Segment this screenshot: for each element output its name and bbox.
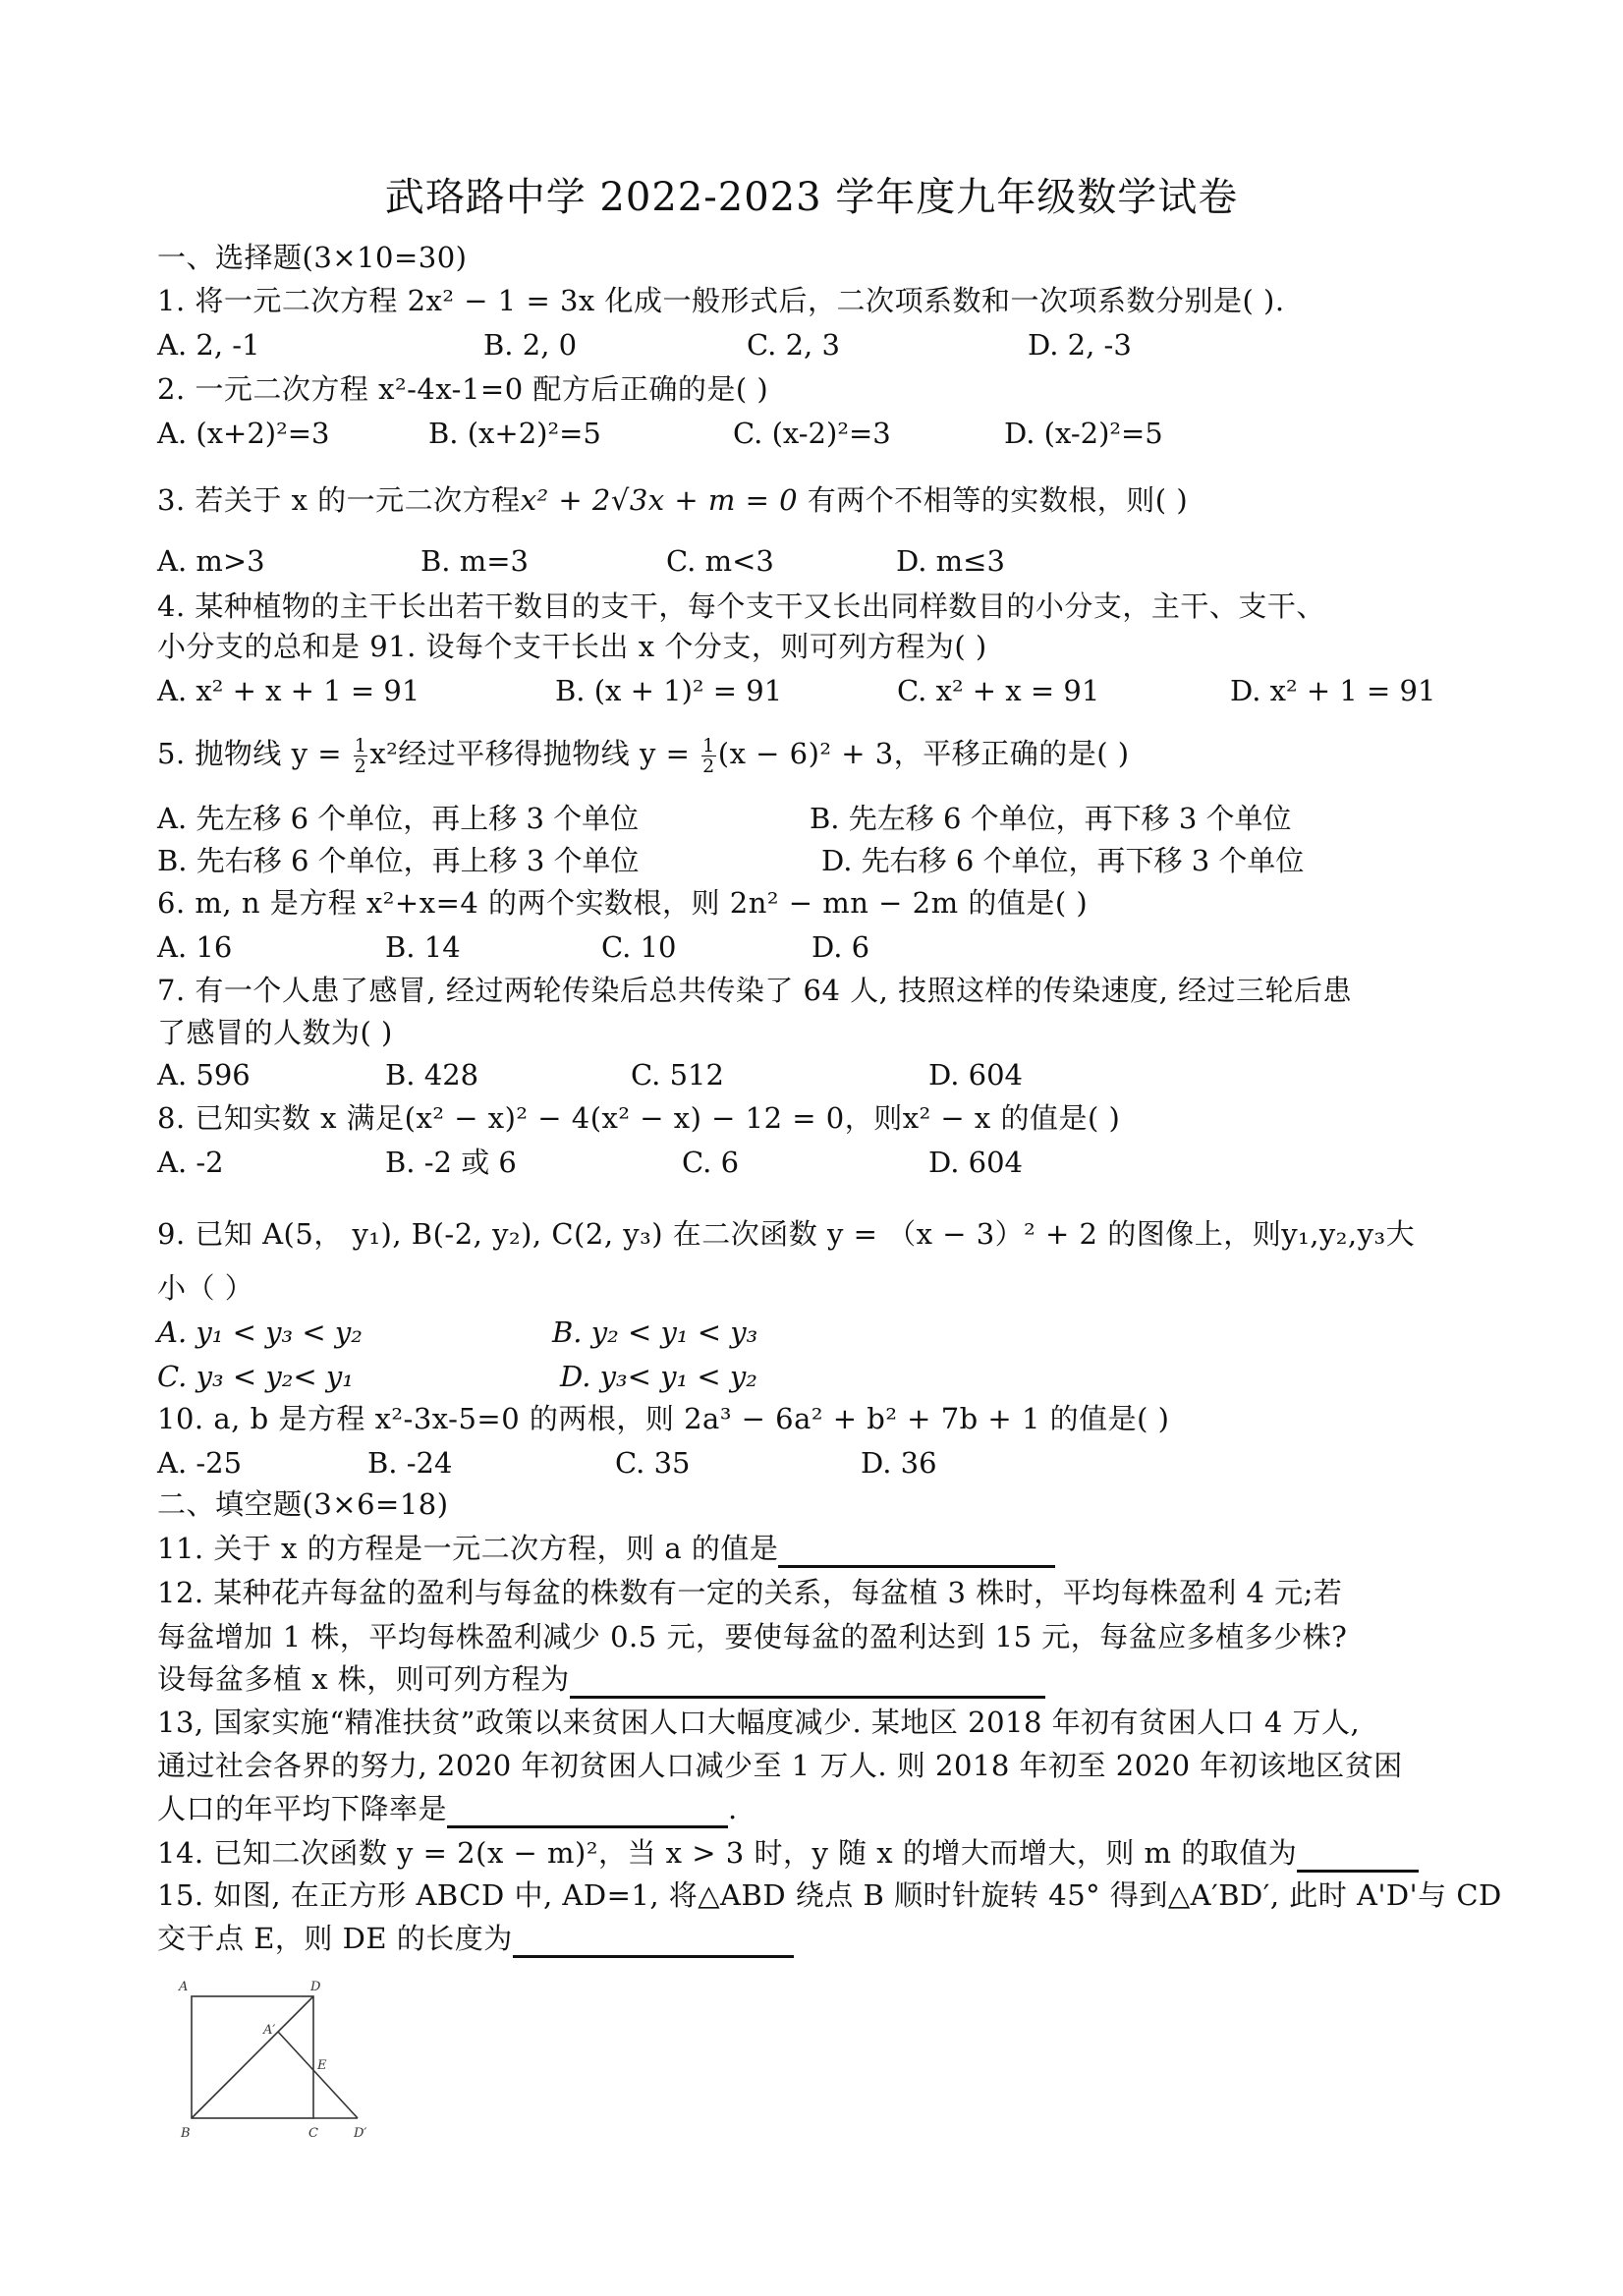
q3-option-d: D. m≤3 [896,541,1005,581]
q9-option-c: C. y₃ < y₂< y₁ [157,1357,354,1396]
question-7-line-1: 7. 有一个人患了感冒, 经过两轮传染后总共传染了 64 人, 技照这样的传染速… [157,971,1352,1010]
q8-option-b: B. -2 或 6 [385,1143,517,1182]
q1-option-a: A. 2, -1 [157,325,260,364]
q15-text: 交于点 E，则 DE 的长度为 [157,1922,513,1955]
q13-answer-blank[interactable] [447,1794,728,1828]
q1-option-c: C. 2, 3 [747,325,840,364]
question-15-line-1: 15. 如图, 在正方形 ABCD 中, AD=1, 将△ABD 绕点 B 顺时… [157,1876,1502,1915]
question-12-line-1: 12. 某种花卉每盆的盈利与每盆的株数有一定的关系，每盆植 3 株时，平均每株盈… [157,1573,1342,1612]
question-10: 10. a, b 是方程 x²-3x-5=0 的两根，则 2a³ − 6a² +… [157,1399,1169,1438]
question-9-line-2: 小（ ） [157,1268,253,1308]
q14-text: 14. 已知二次函数 y = 2(x − m)²，当 x > 3 时，y 随 x… [157,1836,1297,1870]
question-12-line-3: 设每盆多植 x 株，则可列方程为 [157,1659,1045,1699]
question-6: 6. m, n 是方程 x²+x=4 的两个实数根，则 2n² − mn − 2… [157,883,1088,923]
question-15-line-2: 交于点 E，则 DE 的长度为 [157,1919,794,1958]
exam-title: 武珞路中学 2022-2023 学年度九年级数学试卷 [0,173,1623,222]
q1-prefix: 1. 将一元二次方程 [157,284,408,317]
q9-option-a: A. y₁ < y₃ < y₂ [157,1313,363,1352]
q5-option-a: A. 先左移 6 个单位，再上移 3 个单位 [157,799,639,838]
q10-option-d: D. 36 [861,1443,937,1483]
q10-option-a: A. -25 [157,1443,242,1483]
question-14: 14. 已知二次函数 y = 2(x − m)²，当 x > 3 时，y 随 x… [157,1833,1419,1873]
q2-option-b: B. (x+2)²=5 [428,414,601,453]
q5-mid-2: (x − 6)² + 3，平移正确的是( ) [718,737,1130,770]
q3-option-b: B. m=3 [420,541,529,581]
q5-prefix: 5. 抛物线 y = [157,737,352,770]
square-rotation-figure: A D A′ E B C D′ [177,1975,393,2147]
question-8: 8. 已知实数 x 满足(x² − x)² − 4(x² − x) − 12 =… [157,1098,1120,1138]
q3-suffix: 有两个不相等的实数根，则( ) [798,483,1188,517]
section-fill-heading: 二、填空题(3×6=18) [157,1484,449,1524]
q2-option-a: A. (x+2)²=3 [157,414,330,453]
q3-equation: x² + 2√3x + m = 0 [521,483,798,517]
q4-option-d: D. x² + 1 = 91 [1230,671,1435,710]
q13-period: . [728,1792,738,1825]
q5-fraction-1: 12 [354,736,368,776]
q1-equation: 2x² − 1 = 3x [408,284,595,317]
q1-option-b: B. 2, 0 [483,325,577,364]
q2-option-d: D. (x-2)²=5 [1004,414,1163,453]
q4-option-a: A. x² + x + 1 = 91 [157,671,420,710]
q14-answer-blank[interactable] [1297,1838,1419,1873]
question-13-line-1: 13, 国家实施“精准扶贫”政策以来贫困人口大幅度减少. 某地区 2018 年初… [157,1703,1360,1742]
q9-option-b: B. y₂ < y₁ < y₃ [552,1313,757,1352]
q12-text: 设每盆多植 x 株，则可列方程为 [157,1662,570,1696]
q9-option-d: D. y₃< y₁ < y₂ [560,1357,757,1396]
label-a-prime: A′ [262,2023,275,2038]
question-5: 5. 抛物线 y = 12x²经过平移得抛物线 y = 12(x − 6)² +… [157,731,1130,776]
q1-suffix: 化成一般形式后，二次项系数和一次项系数分别是( ). [595,284,1285,317]
q6-option-a: A. 16 [157,927,232,967]
q11-text: 11. 关于 x 的方程是一元二次方程，则 a 的值是 [157,1532,778,1565]
question-4-line-2: 小分支的总和是 91. 设每个支干长出 x 个分支，则可列方程为( ) [157,627,987,666]
label-c: C [308,2126,318,2141]
q5-option-c: B. 先右移 6 个单位，再上移 3 个单位 [157,841,640,880]
q5-fraction-2: 12 [701,736,716,776]
q6-option-b: B. 14 [385,927,461,967]
q2-option-c: C. (x-2)²=3 [733,414,891,453]
q3-option-c: C. m<3 [666,541,774,581]
label-a: A [178,1980,188,1994]
q11-answer-blank[interactable] [778,1534,1055,1568]
question-11: 11. 关于 x 的方程是一元二次方程，则 a 的值是 [157,1529,1055,1568]
question-13-line-3: 人口的年平均下降率是. [157,1789,738,1828]
diagonal-bd [192,1996,313,2118]
q10-option-c: C. 35 [615,1443,691,1483]
q13-text: 人口的年平均下降率是 [157,1792,447,1825]
label-b: B [180,2126,191,2141]
label-d-prime: D′ [353,2126,366,2141]
question-3: 3. 若关于 x 的一元二次方程x² + 2√3x + m = 0 有两个不相等… [157,480,1188,520]
q4-option-c: C. x² + x = 91 [897,671,1099,710]
question-12-line-2: 每盆增加 1 株，平均每株盈利减少 0.5 元，要使每盆的盈利达到 15 元，每… [157,1617,1347,1656]
q1-option-d: D. 2, -3 [1028,325,1132,364]
section-choice-heading: 一、选择题(3×10=30) [157,238,467,277]
q5-option-d: D. 先右移 6 个单位，再下移 3 个单位 [821,841,1304,880]
question-13-line-2: 通过社会各界的努力, 2020 年初贫困人口减少至 1 万人. 则 2018 年… [157,1746,1403,1785]
q6-option-d: D. 6 [811,927,869,967]
label-e: E [316,2058,327,2073]
q6-option-c: C. 10 [601,927,677,967]
question-1: 1. 将一元二次方程 2x² − 1 = 3x 化成一般形式后，二次项系数和一次… [157,281,1285,320]
q5-mid-1: x²经过平移得抛物线 y = [369,737,700,770]
q8-option-c: C. 6 [682,1143,739,1182]
label-d: D [309,1980,321,1994]
q8-option-d: D. 604 [928,1143,1023,1182]
segment-a1-d1 [278,2032,358,2118]
q5-option-b: B. 先左移 6 个单位，再下移 3 个单位 [810,799,1292,838]
q3-prefix: 3. 若关于 x 的一元二次方程 [157,483,521,517]
q7-option-b: B. 428 [385,1055,478,1094]
q7-option-c: C. 512 [631,1055,724,1094]
q15-answer-blank[interactable] [513,1924,794,1958]
q12-answer-blank[interactable] [570,1664,1045,1699]
question-9-line-1: 9. 已知 A(5， y₁), B(-2, y₂), C(2, y₃) 在二次函… [157,1214,1415,1254]
question-2: 2. 一元二次方程 x²-4x-1=0 配方后正确的是( ) [157,369,768,409]
q10-option-b: B. -24 [367,1443,452,1483]
question-7-line-2: 了感冒的人数为( ) [157,1013,393,1052]
q8-option-a: A. -2 [157,1143,224,1182]
q4-option-b: B. (x + 1)² = 91 [555,671,782,710]
q7-option-d: D. 604 [928,1055,1023,1094]
question-4-line-1: 4. 某种植物的主干长出若干数目的支干，每个支干又长出同样数目的小分支，主干、支… [157,587,1325,626]
q7-option-a: A. 596 [157,1055,251,1094]
q3-option-a: A. m>3 [157,541,265,581]
